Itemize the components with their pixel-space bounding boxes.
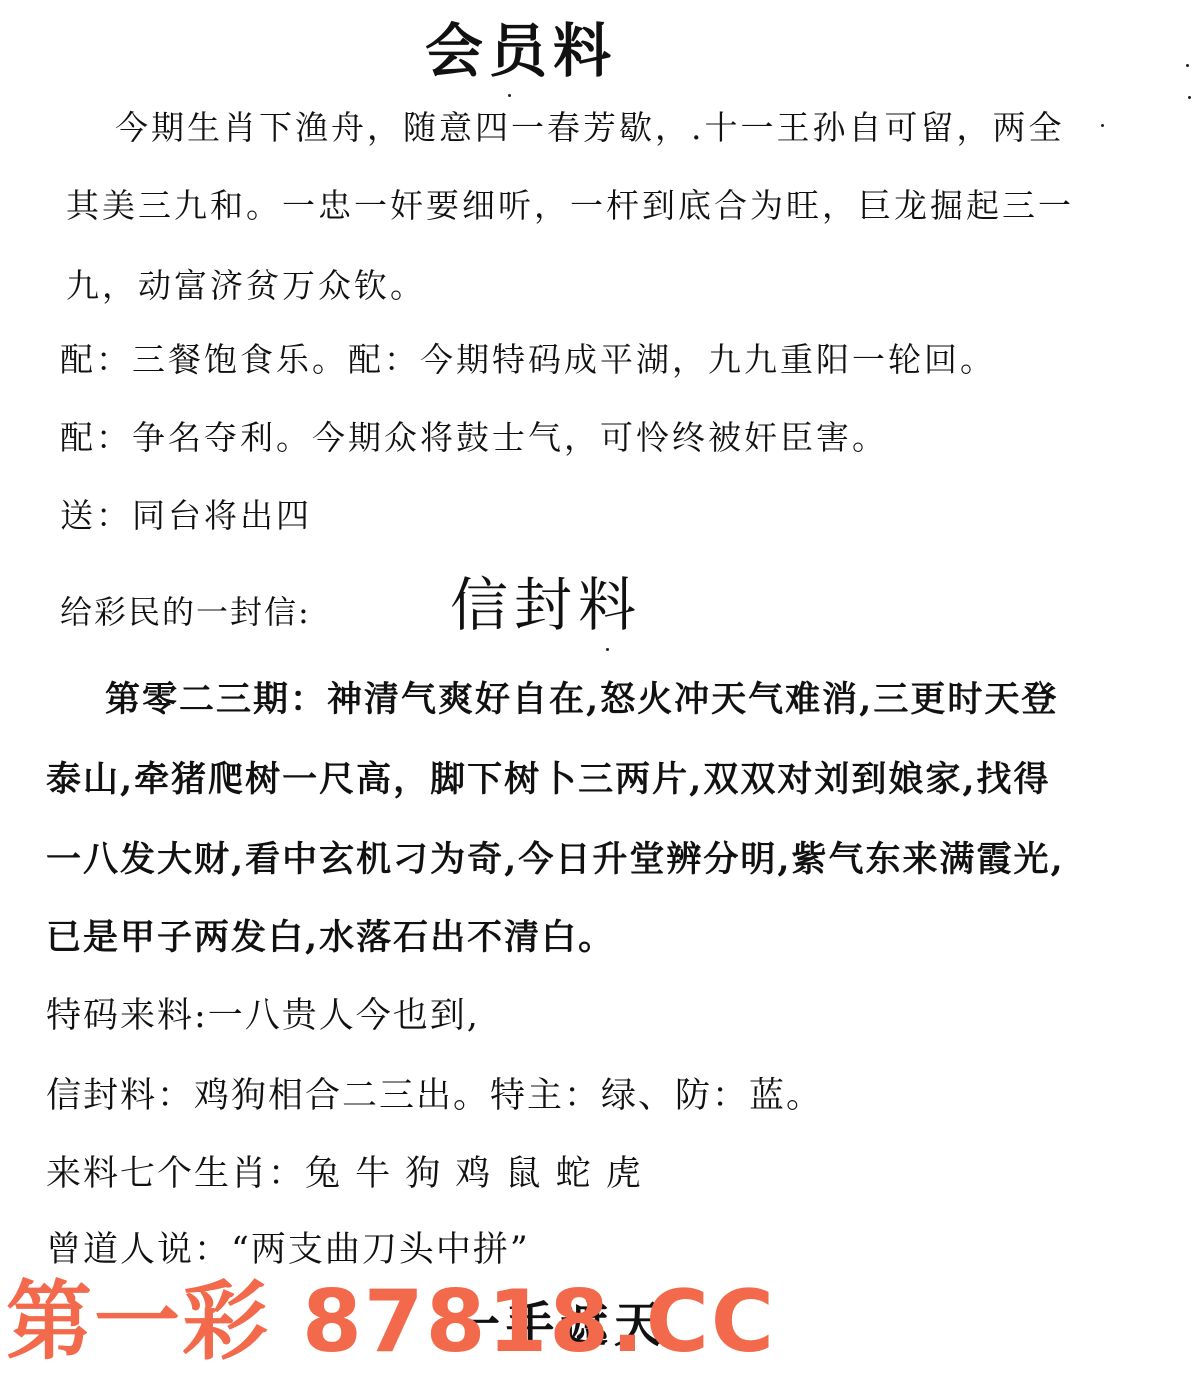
text-line: 来料七个生肖：兔 牛 狗 鸡 鼠 蛇 虎 bbox=[46, 1154, 643, 1194]
scan-speck bbox=[606, 648, 609, 651]
text-line: 送：同台将出四 bbox=[60, 496, 312, 536]
text-line: 配：争名夺利。今期众将鼓士气，可怜终被奸臣害。 bbox=[60, 418, 888, 458]
text-line: 特码来料:一八贵人今也到, bbox=[46, 996, 480, 1036]
scan-speck bbox=[1186, 64, 1189, 67]
scan-speck bbox=[1188, 96, 1191, 99]
scan-speck bbox=[1101, 124, 1104, 127]
watermark: 第一彩 87818.CC bbox=[6, 1272, 776, 1372]
text-line: 曾道人说：“两支曲刀头中拼” bbox=[46, 1230, 530, 1270]
text-line: 泰山,牵猪爬树一尺高，脚下树卜三两片,双双对刘到娘家,找得 bbox=[46, 760, 1051, 800]
text-line: 其美三九和。一忠一奸要细听，一杆到底合为旺，巨龙掘起三一 bbox=[66, 186, 1074, 226]
section-title-member: 会员料 bbox=[425, 18, 617, 84]
text-line: 九，动富济贫万众钦。 bbox=[66, 266, 426, 306]
text-line: 信封料：鸡狗相合二三出。特主：绿、防：蓝。 bbox=[46, 1076, 823, 1116]
intro-label: 给彩民的一封信: bbox=[60, 592, 311, 632]
text-line: 今期生肖下渔舟，随意四一春芳歇，.十一王孙自可留，两全 bbox=[115, 108, 1065, 148]
text-line: 配：三餐饱食乐。配：今期特码成平湖，九九重阳一轮回。 bbox=[60, 340, 996, 380]
text-line: 第零二三期：神清气爽好自在,怒火冲天气难消,三更时天登 bbox=[105, 680, 1058, 720]
text-line: 一八发大财,看中玄机刁为奇,今日升堂辨分明,紫气东来满霞光, bbox=[46, 840, 1065, 880]
text-line: 已是甲子两发白,水落石出不清白。 bbox=[46, 918, 615, 958]
scan-speck bbox=[508, 94, 511, 97]
section-title-envelope: 信封料 bbox=[450, 572, 642, 638]
